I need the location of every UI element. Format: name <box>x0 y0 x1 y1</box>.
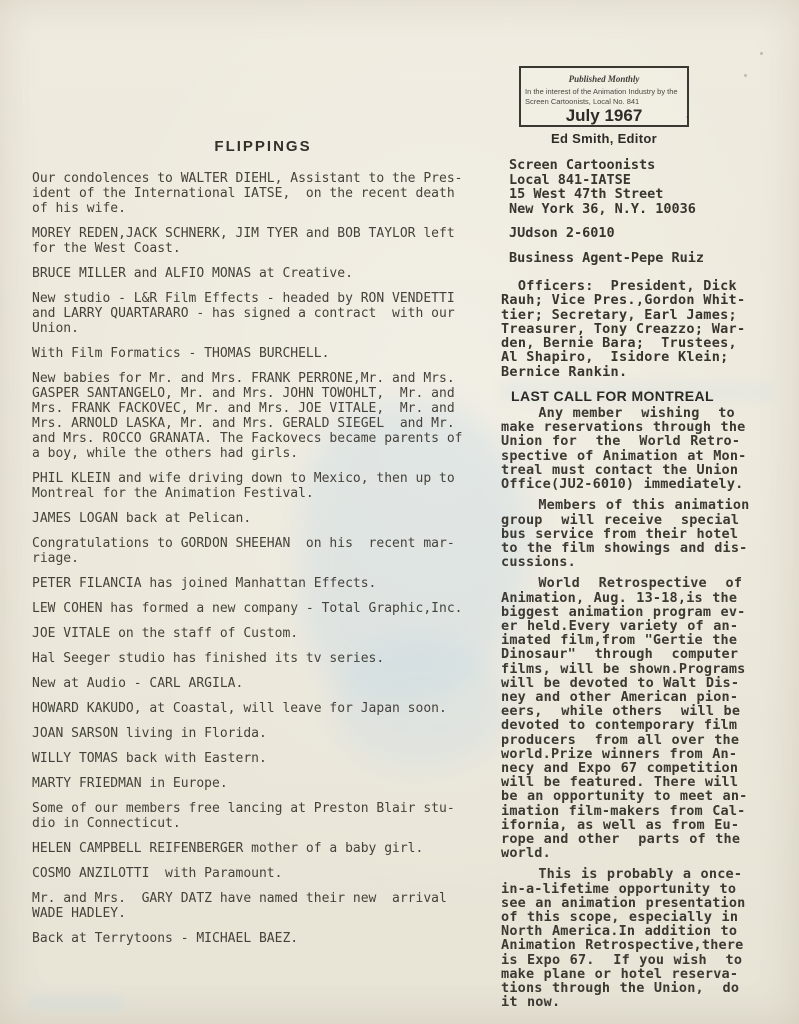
flippings-paragraphs: Our condolences to WALTER DIEHL, Assista… <box>32 171 494 946</box>
news-paragraph: PETER FILANCIA has joined Manhattan Effe… <box>32 576 494 591</box>
flippings-column: FLIPPINGS Our condolences to WALTER DIEH… <box>32 138 494 956</box>
flippings-title: FLIPPINGS <box>32 138 494 155</box>
news-paragraph: JOAN SARSON living in Florida. <box>32 726 494 741</box>
news-paragraph: LEW COHEN has formed a new company - Tot… <box>32 601 494 616</box>
masthead-interest-line-1: In the interest of the Animation Industr… <box>525 87 683 97</box>
news-paragraph: Hal Seeger studio has finished its tv se… <box>32 651 494 666</box>
news-paragraph: Back at Terrytoons - MICHAEL BAEZ. <box>32 931 494 946</box>
news-paragraph: JOE VITALE on the staff of Custom. <box>32 626 494 641</box>
news-paragraph: BRUCE MILLER and ALFIO MONAS at Creative… <box>32 266 494 281</box>
news-paragraph: JAMES LOGAN back at Pelican. <box>32 511 494 526</box>
news-paragraph: Mr. and Mrs. GARY DATZ have named their … <box>32 891 494 921</box>
masthead-box: Published Monthly In the interest of the… <box>519 66 689 127</box>
union-address: Screen Cartoonists Local 841-IATSE 15 We… <box>509 158 791 216</box>
published-monthly-label: Published Monthly <box>525 74 683 84</box>
paper-speck <box>760 52 763 55</box>
news-paragraph: MARTY FRIEDMAN in Europe. <box>32 776 494 791</box>
scanned-newsletter-page: FLIPPINGS Our condolences to WALTER DIEH… <box>0 0 799 1024</box>
ink-bleed-stain <box>28 995 123 1011</box>
news-paragraph: New babies for Mr. and Mrs. FRANK PERRON… <box>32 371 494 461</box>
news-paragraph: WILLY TOMAS back with Eastern. <box>32 751 494 766</box>
news-paragraph: HOWARD KAKUDO, at Coastal, will leave fo… <box>32 701 494 716</box>
montreal-paragraph: World Retrospective of Animation, Aug. 1… <box>501 576 791 860</box>
news-paragraph: Our condolences to WALTER DIEHL, Assista… <box>32 171 494 216</box>
news-paragraph: COSMO ANZILOTTI with Paramount. <box>32 866 494 881</box>
masthead-interest-line-2: Screen Cartoonists, Local No. 841 <box>525 97 683 107</box>
news-paragraph: Congratulations to GORDON SHEEHAN on his… <box>32 536 494 566</box>
montreal-paragraph: Any member wishing to make reservations … <box>501 406 791 491</box>
news-paragraph: New studio - L&R Film Effects - headed b… <box>32 291 494 336</box>
news-paragraph: New at Audio - CARL ARGILA. <box>32 676 494 691</box>
montreal-paragraphs: Any member wishing to make reservations … <box>499 406 791 1009</box>
montreal-heading: LAST CALL FOR MONTREAL <box>511 388 791 404</box>
masthead-column: Published Monthly In the interest of the… <box>499 66 791 1016</box>
business-agent: Business Agent-Pepe Ruiz <box>509 250 791 266</box>
news-paragraph: With Film Formatics - THOMAS BURCHELL. <box>32 346 494 361</box>
montreal-paragraph: This is probably a once- in-a-lifetime o… <box>501 867 791 1009</box>
union-phone: JUdson 2-6010 <box>509 225 791 241</box>
news-paragraph: PHIL KLEIN and wife driving down to Mexi… <box>32 471 494 501</box>
issue-date: July 1967 <box>525 107 683 125</box>
editor-name: Ed Smith, Editor <box>519 131 689 146</box>
news-paragraph: Some of our members free lancing at Pres… <box>32 801 494 831</box>
officers-list: Officers: President, Dick Rauh; Vice Pre… <box>501 279 791 379</box>
montreal-paragraph: Members of this animation group will rec… <box>501 498 791 569</box>
news-paragraph: HELEN CAMPBELL REIFENBERGER mother of a … <box>32 841 494 856</box>
news-paragraph: MOREY REDEN,JACK SCHNERK, JIM TYER and B… <box>32 226 494 256</box>
